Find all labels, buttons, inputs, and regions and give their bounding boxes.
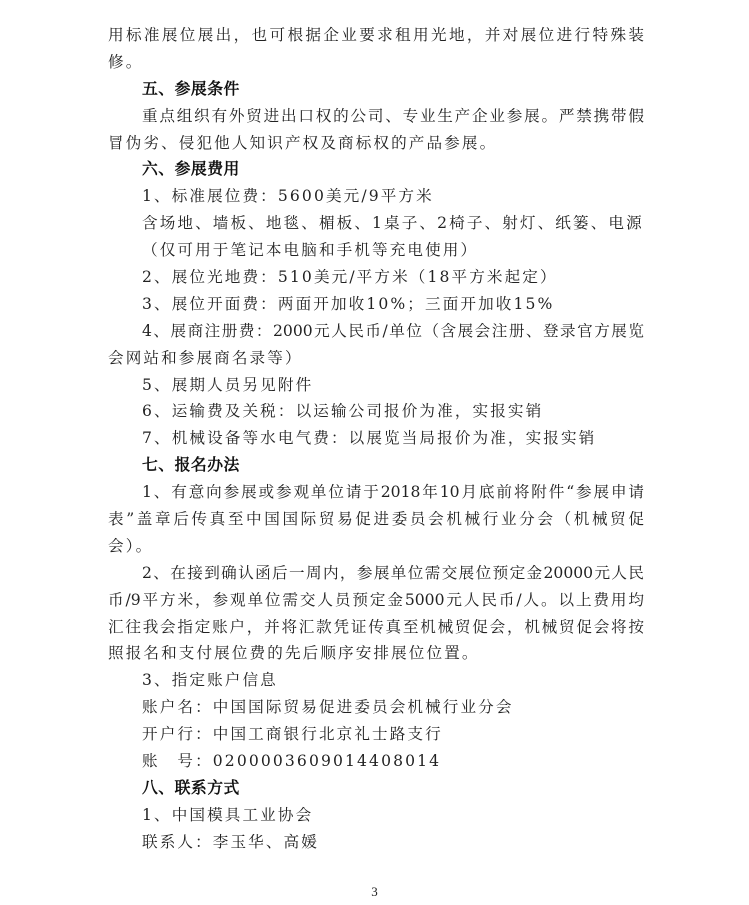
account-name: 账户名：中国国际贸易促进委员会机械行业分会	[108, 694, 644, 721]
section-heading-6: 六、参展费用	[108, 156, 644, 183]
contact-persons: 联系人：李玉华、高媛	[108, 829, 644, 856]
paragraph-line: 表”盖章后传真至中国国际贸易促进委员会机械行业分会（机械贸促	[108, 506, 644, 533]
account-number: 账 号：0200003609014408014	[108, 748, 644, 775]
paragraph-line: 用标准展位展出，也可根据企业要求租用光地，并对展位进行特殊装	[108, 22, 644, 49]
paragraph-line: 修。	[108, 49, 644, 76]
page-number: 3	[0, 884, 749, 900]
contact-org: 1、中国模具工业协会	[108, 802, 644, 829]
account-bank: 开户行：中国工商银行北京礼士路支行	[108, 721, 644, 748]
paragraph-line: 币/9平方米，参观单位需交人员预定金5000元人民币/人。以上费用均	[108, 587, 644, 614]
paragraph-line: 1、有意向参展或参观单位请于2018年10月底前将附件“参展申请	[108, 479, 644, 506]
fee-item-continued: 会网站和参展商名录等）	[108, 345, 644, 372]
fee-item: 4、展商注册费：2000元人民币/单位（含展会注册、登录官方展览	[108, 318, 644, 345]
paragraph-line: 会）。	[108, 533, 644, 560]
fee-item-detail: 含场地、墙板、地毯、楣板、1桌子、2椅子、射灯、纸篓、电源	[108, 210, 644, 237]
section-heading-7: 七、报名办法	[108, 452, 644, 479]
fee-item: 5、展期人员另见附件	[108, 372, 644, 399]
fee-item: 2、展位光地费：510美元/平方米（18平方米起定）	[108, 264, 644, 291]
paragraph-line: 重点组织有外贸进出口权的公司、专业生产企业参展。严禁携带假	[108, 103, 644, 130]
account-info-title: 3、指定账户信息	[108, 667, 644, 694]
paragraph-line: 冒伪劣、侵犯他人知识产权及商标权的产品参展。	[108, 130, 644, 157]
paragraph-line: 照报名和支付展位费的先后顺序安排展位位置。	[108, 640, 644, 667]
fee-item: 3、展位开面费：两面开加收10%；三面开加收15%	[108, 291, 644, 318]
section-heading-5: 五、参展条件	[108, 76, 644, 103]
fee-item: 6、运输费及关税：以运输公司报价为准，实报实销	[108, 398, 644, 425]
fee-item-detail: （仅可用于笔记本电脑和手机等充电使用）	[108, 237, 644, 264]
paragraph-line: 2、在接到确认函后一周内，参展单位需交展位预定金20000元人民	[108, 560, 644, 587]
document-page: 用标准展位展出，也可根据企业要求租用光地，并对展位进行特殊装 修。 五、参展条件…	[108, 22, 644, 856]
section-heading-8: 八、联系方式	[108, 775, 644, 802]
fee-item: 1、标准展位费：5600美元/9平方米	[108, 183, 644, 210]
paragraph-line: 汇往我会指定账户，并将汇款凭证传真至机械贸促会，机械贸促会将按	[108, 614, 644, 641]
fee-item: 7、机械设备等水电气费：以展览当局报价为准，实报实销	[108, 425, 644, 452]
